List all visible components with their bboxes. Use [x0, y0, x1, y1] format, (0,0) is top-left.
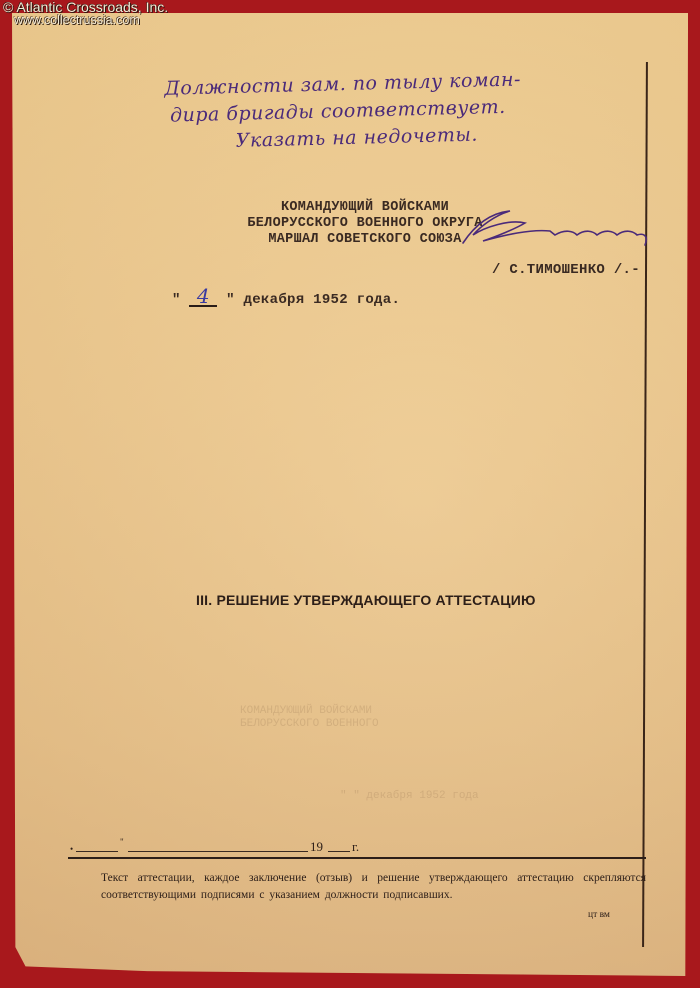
blank-date-line: • " 19 г. — [70, 840, 330, 856]
quote-mark: " — [120, 837, 124, 847]
footnote-text: Текст аттестации, каждое заключение (отз… — [101, 870, 646, 904]
year-prefix: 19 — [310, 839, 323, 855]
bleed-through-text: БЕЛОРУССКОГО ВОЕННОГО — [240, 718, 379, 730]
title-line: КОМАНДУЮЩИЙ ВОЙСКАМИ — [240, 200, 490, 216]
blank-year-field — [328, 851, 350, 852]
bleed-through-text: КОМАНДУЮЩИЙ ВОЙСКАМИ — [240, 705, 372, 717]
title-line: БЕЛОРУССКОГО ВОЕННОГО ОКРУГА — [240, 216, 490, 232]
blank-month-field — [128, 851, 308, 852]
year-suffix: г. — [352, 839, 359, 855]
handwritten-resolution: Должности зам. по тылу коман- дира брига… — [164, 64, 606, 156]
document-page — [12, 13, 688, 976]
date-open-quote: " — [172, 292, 181, 308]
watermark-website: www.collectrussia.com — [3, 14, 168, 27]
signature-date: " 4 " декабря 1952 года. — [172, 287, 400, 308]
bullet-mark: • — [70, 844, 73, 854]
blank-day-field — [76, 851, 118, 852]
date-close-quote: " — [226, 292, 235, 308]
date-month-year: декабря 1952 года. — [244, 292, 401, 308]
section-heading: III. РЕШЕНИЕ УТВЕРЖДАЮЩЕГО АТТЕСТАЦИЮ — [196, 592, 536, 608]
signer-name: / С.ТИМОШЕНКО /.- — [492, 262, 640, 278]
signature-scribble-icon — [455, 205, 655, 250]
form-code: цт вм — [588, 910, 610, 920]
bleed-through-text: " " декабря 1952 года — [340, 790, 479, 802]
title-line: МАРШАЛ СОВЕТСКОГО СОЮЗА — [240, 232, 490, 248]
footer-divider — [68, 857, 646, 859]
commander-title-block: КОМАНДУЮЩИЙ ВОЙСКАМИ БЕЛОРУССКОГО ВОЕННО… — [240, 200, 490, 248]
date-day-handwritten: 4 — [189, 287, 217, 307]
watermark: © Atlantic Crossroads, Inc. www.collectr… — [3, 1, 168, 27]
